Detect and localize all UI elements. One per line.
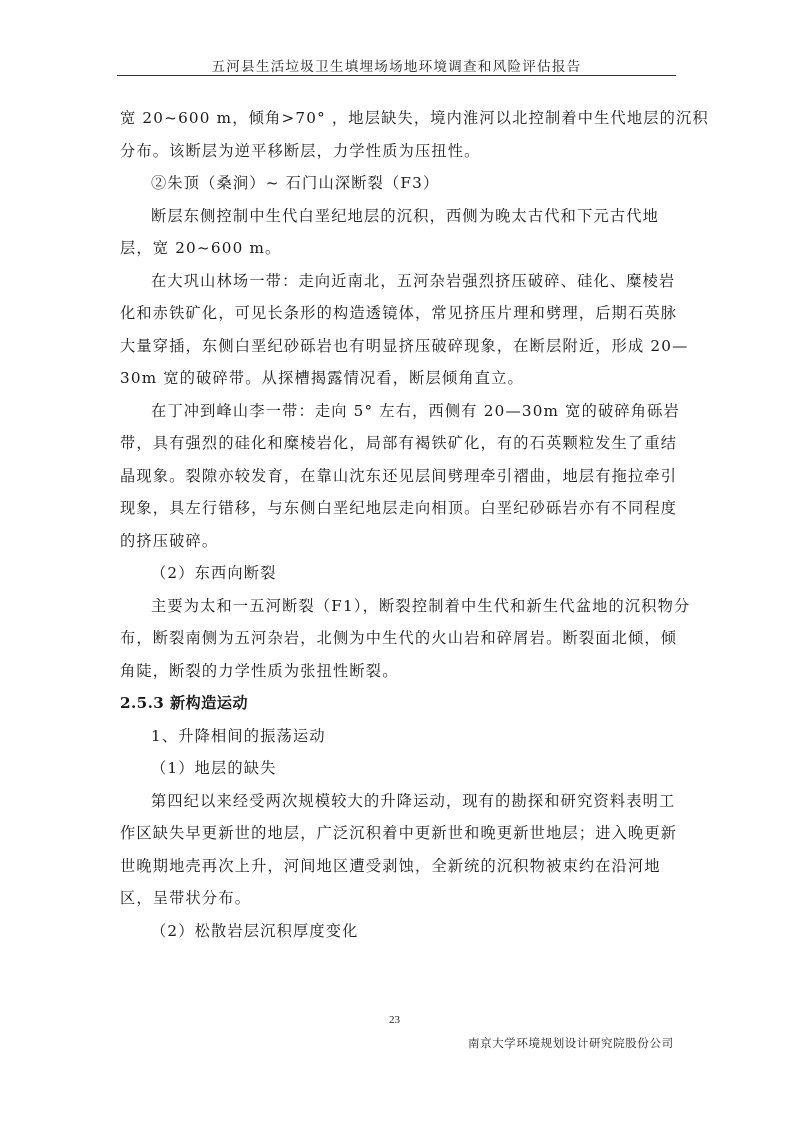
section-heading-2-5-3: 2.5.3 新构造运动 [120, 687, 665, 720]
subheading-loose-rock-thickness: （2）松散岩层沉积厚度变化 [120, 915, 665, 948]
subheading-strata-missing: （1）地层的缺失 [120, 752, 665, 785]
paragraph-line: 分布。该断层为逆平移断层，力学性质为压扭性。 [120, 135, 665, 168]
paragraph-line: 晶现象。裂隙亦较发育，在靠山沈东还见层间劈理牵引褶曲，地层有拖拉牵引 [120, 460, 665, 493]
paragraph-line: 层，宽 20~600 m。 [120, 232, 665, 265]
paragraph-line: 宽 20~600 m，倾角>70° ，地层缺失，境内淮河以北控制着中生代地层的沉… [120, 102, 665, 135]
fault-subheading-f3: ②朱顶（桑涧）~ 石门山深断裂（F3） [120, 167, 665, 200]
subheading-east-west-faults: （2）东西向断裂 [120, 557, 665, 590]
report-title: 五河县生活垃圾卫生填埋场场地环境调查和风险评估报告 [117, 55, 676, 75]
paragraph-line: 30m 宽的破碎带。从探槽揭露情况看，断层倾角直立。 [120, 362, 665, 395]
page-body: 宽 20~600 m，倾角>70° ，地层缺失，境内淮河以北控制着中生代地层的沉… [120, 102, 665, 947]
header-divider [117, 75, 676, 76]
paragraph-line: 化和赤铁矿化，可见长条形的构造透镜体，常见挤压片理和劈理，后期石英脉 [120, 297, 665, 330]
paragraph-line: 布，断裂南侧为五河杂岩，北侧为中生代的火山岩和碎屑岩。断裂面北倾，倾 [120, 622, 665, 655]
paragraph-line: 主要为太和一五河断裂（F1），断裂控制着中生代和新生代盆地的沉积物分 [120, 590, 665, 623]
paragraph-line: 角陡，断裂的力学性质为张扭性断裂。 [120, 655, 665, 688]
subheading-oscillation: 1、升降相间的振荡运动 [120, 720, 665, 753]
paragraph-line: 作区缺失早更新世的地层，广泛沉积着中更新世和晚更新世地层；进入晚更新 [120, 817, 665, 850]
paragraph-line: 大量穿插，东侧白垩纪砂砾岩也有明显挤压破碎现象，在断层附近，形成 20— [120, 330, 665, 363]
paragraph-line: 第四纪以来经受两次规模较大的升降运动，现有的勘探和研究资料表明工 [120, 785, 665, 818]
paragraph-line: 在丁冲到峰山李一带：走向 5° 左右，西侧有 20—30m 宽的破碎角砾岩 [120, 395, 665, 428]
paragraph-line: 的挤压破碎。 [120, 525, 665, 558]
paragraph-line: 带，具有强烈的硅化和糜棱岩化，局部有褐铁矿化，有的石英颗粒发生了重结 [120, 427, 665, 460]
paragraph-line: 世晚期地壳再次上升，河间地区遭受剥蚀，全新统的沉积物被束约在沿河地 [120, 850, 665, 883]
organization-name: 南京大学环境规划设计研究院股份公司 [468, 1035, 674, 1051]
paragraph-line: 现象，具左行错移，与东侧白垩纪地层走向相顶。白垩纪砂砾岩亦有不同程度 [120, 492, 665, 525]
paragraph-line: 区，呈带状分布。 [120, 882, 665, 915]
paragraph-line: 在大巩山林场一带：走向近南北，五河杂岩强烈挤压破碎、硅化、糜棱岩 [120, 265, 665, 298]
paragraph-line: 断层东侧控制中生代白垩纪地层的沉积，西侧为晚太古代和下元古代地 [120, 200, 665, 233]
page-number: 23 [389, 1014, 400, 1026]
